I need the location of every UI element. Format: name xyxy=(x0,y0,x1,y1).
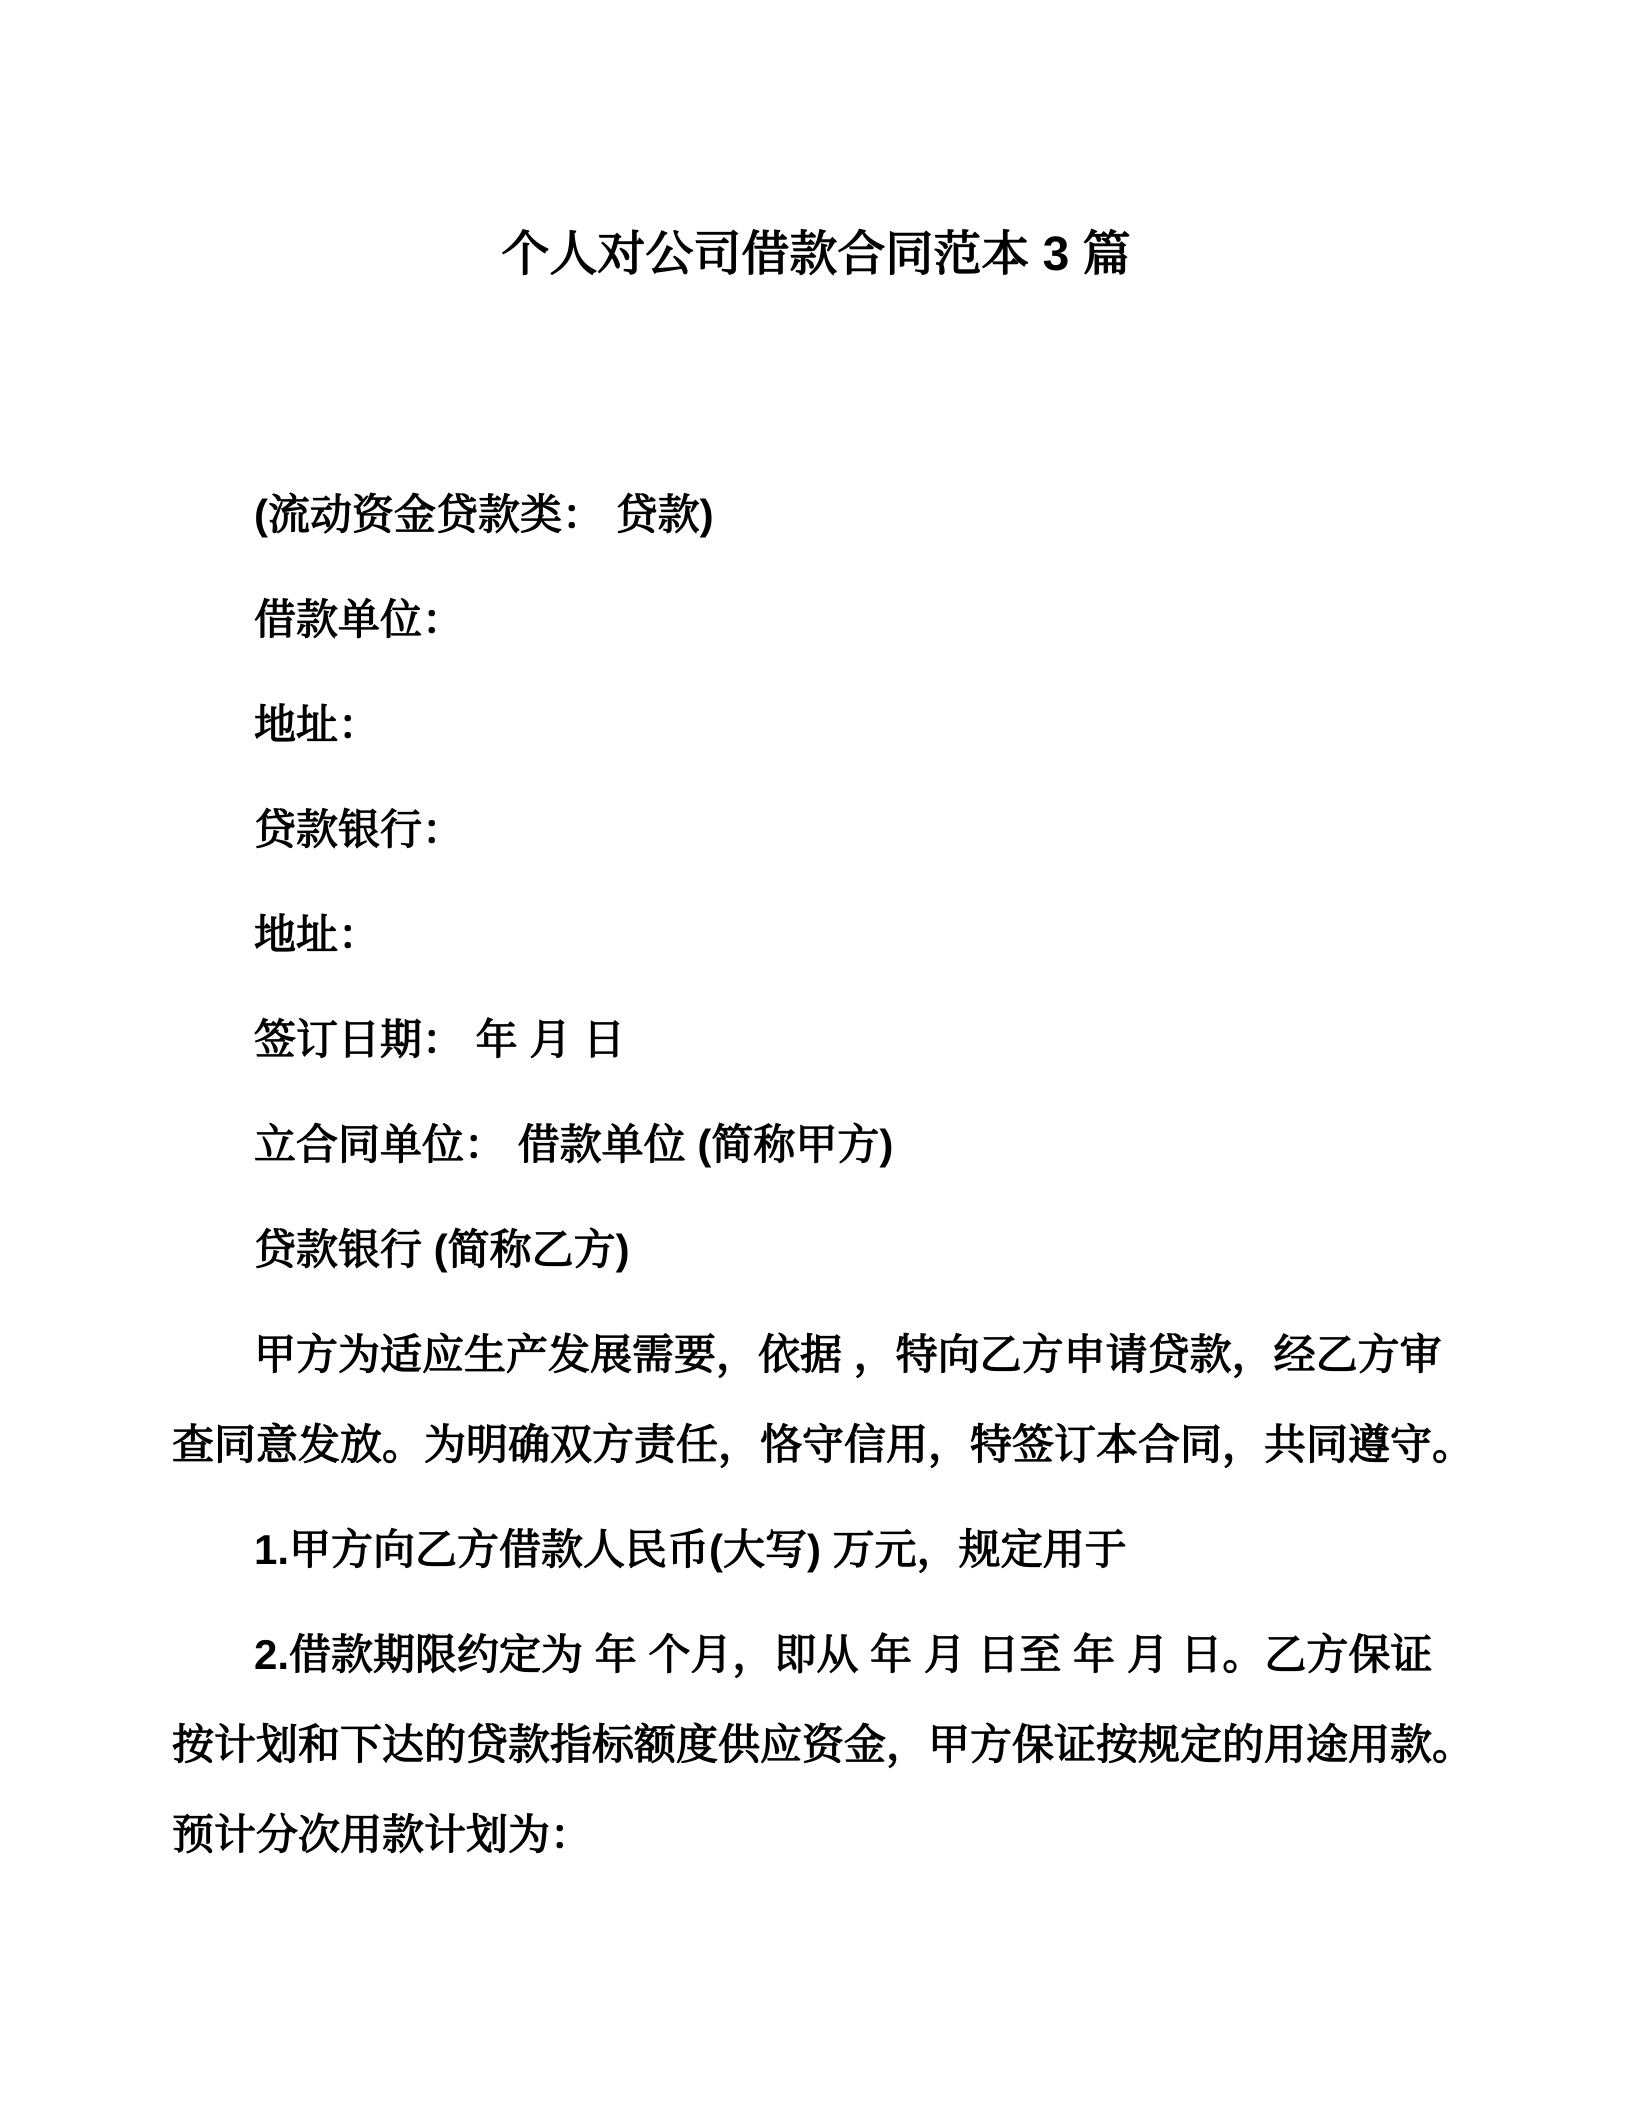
document-body: (流动资金贷款类： 贷款)借款单位：地址：贷款银行：地址：签订日期： 年 月 日… xyxy=(0,470,1632,1880)
paragraph-line: 2.借款期限约定为 年 个月，即从 年 月 日至 年 月 日。乙方保证 xyxy=(172,1610,1460,1700)
paragraph-line: 立合同单位： 借款单位 (简称甲方) xyxy=(172,1100,1460,1190)
paragraph-line: 甲方为适应生产发展需要，依据 ，特向乙方申请贷款，经乙方审 xyxy=(172,1310,1460,1400)
paragraph-line: (流动资金贷款类： 贷款) xyxy=(172,470,1460,560)
paragraph-line: 按计划和下达的贷款指标额度供应资金，甲方保证按规定的用途用款。 xyxy=(172,1700,1460,1790)
paragraph-line: 签订日期： 年 月 日 xyxy=(172,995,1460,1085)
paragraph-line: 贷款银行 (简称乙方) xyxy=(172,1205,1460,1295)
document-title: 个人对公司借款合同范本 3 篇 xyxy=(0,225,1632,285)
document-page: 个人对公司借款合同范本 3 篇 (流动资金贷款类： 贷款)借款单位：地址：贷款银… xyxy=(0,0,1632,2112)
paragraph-line: 借款单位： xyxy=(172,575,1460,665)
paragraph-line: 1.甲方向乙方借款人民币(大写) 万元，规定用于 xyxy=(172,1505,1460,1595)
paragraph-line: 预计分次用款计划为： xyxy=(172,1790,1460,1880)
paragraph-line: 贷款银行： xyxy=(172,785,1460,875)
paragraph-line: 查同意发放。为明确双方责任，恪守信用，特签订本合同，共同遵守。 xyxy=(172,1400,1460,1490)
paragraph-line: 地址： xyxy=(172,680,1460,770)
paragraph-line: 地址： xyxy=(172,890,1460,980)
